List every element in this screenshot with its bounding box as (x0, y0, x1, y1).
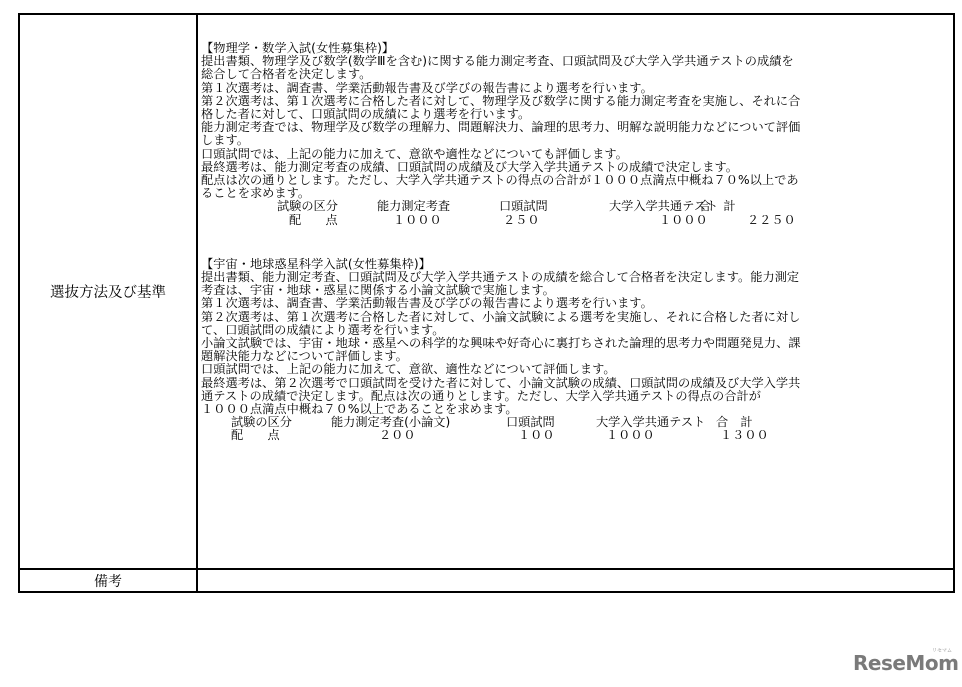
resemom-logo-kana: リセマム (932, 647, 952, 654)
text-line: 口頭試問では、上記の能力に加えて、意欲や適性などについても評価します。 (201, 148, 953, 161)
score-value: １３００ (716, 429, 806, 442)
text-line: 第１次選考は、調査書、学業活動報告書及び学びの報告書により選考を行います。 (201, 82, 953, 95)
score-header: 大学入学共通テスト (609, 200, 699, 213)
score-header: 口頭試問 (499, 200, 609, 213)
text-line: 第１次選考は、調査書、学業活動報告書及び学びの報告書により選考を行います。 (201, 297, 953, 310)
score-value: ２５０ (499, 214, 609, 227)
text-line: 最終選考は、第２次選考で口頭試問を受けた者に対して、小論文試験の成績、口頭試問の… (201, 377, 953, 390)
row-label-selection-method: 選抜方法及び基準 (20, 15, 198, 568)
score-table-physics-math: 試験の区分 能力測定考査 口頭試問 大学入学共通テスト 合 計 配 点 １０００… (201, 200, 953, 226)
text-line: 第２次選考は、第１次選考に合格した者に対して、小論文試験による選考を実施し、それ… (201, 311, 953, 324)
score-header: 能力測定考査 (377, 200, 499, 213)
admission-criteria-table: 選抜方法及び基準 【物理学・数学入試(女性募集枠)】 提出書類、物理学及び数学(… (18, 13, 955, 593)
section-space-earth-planetary: 【宇宙・地球惑星科学入試(女性募集枠)】 提出書類、能力測定考査、口頭試問及び大… (201, 258, 953, 443)
row-label-remarks: 備考 (20, 570, 198, 591)
text-line: します。 (201, 134, 953, 147)
score-value: １０００ (596, 429, 716, 442)
score-value: ２２５０ (699, 214, 789, 227)
score-row-label: 配 点 (231, 429, 331, 442)
score-value: １００ (506, 429, 596, 442)
score-value: １０００ (377, 214, 499, 227)
text-line: 配点は次の通りとします。ただし、大学入学共通テストの得点の合計が１０００点満点中… (201, 174, 953, 187)
text-line: 口頭試問では、上記の能力に加えて、意欲、適性などについて評価します。 (201, 363, 953, 376)
resemom-logo: ReseMom (853, 651, 958, 675)
text-line: 能力測定考査では、物理学及び数学の理解力、問題解決力、論理的思考力、明解な説明能… (201, 121, 953, 134)
text-line: １０００点満点中概ね７０%以上であることを求めます。 (201, 403, 953, 416)
score-header: 能力測定考査(小論文) (331, 416, 506, 429)
score-value: １０００ (609, 214, 699, 227)
score-row-label: 配 点 (277, 214, 377, 227)
selection-method-content: 【物理学・数学入試(女性募集枠)】 提出書類、物理学及び数学(数学Ⅲを含む)に関… (198, 15, 953, 568)
score-header: 合 計 (699, 200, 789, 213)
score-value: ２００ (331, 429, 506, 442)
score-table-space-earth: 試験の区分 能力測定考査(小論文) 口頭試問 大学入学共通テスト 合 計 配 点… (201, 416, 953, 442)
table-row-remarks: 備考 (20, 570, 953, 591)
score-header: 試験の区分 (277, 200, 377, 213)
table-row-selection-method: 選抜方法及び基準 【物理学・数学入試(女性募集枠)】 提出書類、物理学及び数学(… (20, 15, 953, 570)
text-line: 総合して合格者を決定します。 (201, 68, 953, 81)
section-physics-math: 【物理学・数学入試(女性募集枠)】 提出書類、物理学及び数学(数学Ⅲを含む)に関… (201, 42, 953, 227)
remarks-content (198, 570, 953, 591)
